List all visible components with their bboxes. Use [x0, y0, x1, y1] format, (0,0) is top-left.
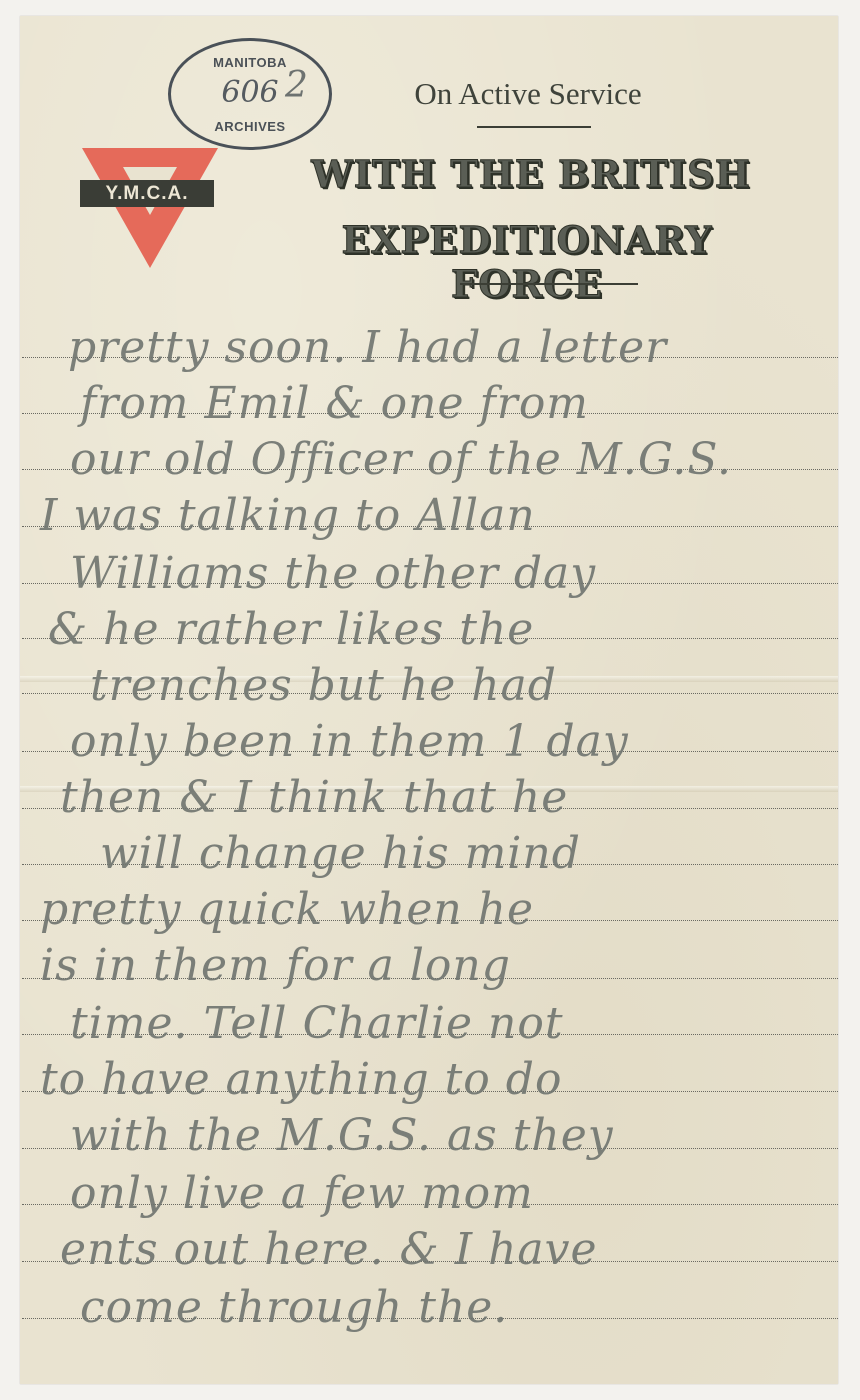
handwritten-line: trenches but he had — [90, 660, 860, 711]
handwritten-line: from Emil & one from — [80, 378, 860, 429]
letterhead-heading-2: EXPEDITIONARY FORCE — [262, 218, 792, 306]
ymca-logo-bar: Y.M.C.A. — [80, 180, 214, 207]
handwritten-line: I was talking to Allan — [40, 490, 858, 541]
stamp-pencil-mark: 2 — [285, 65, 308, 106]
handwritten-line: & he rather likes the — [48, 604, 860, 655]
letterhead-heading-1: WITH THE BRITISH — [306, 152, 756, 196]
handwritten-line: our old Officer of the M.G.S. — [70, 434, 860, 485]
handwritten-line: then & I think that he — [60, 772, 860, 823]
handwritten-line: pretty quick when he — [40, 884, 858, 935]
stamp-bottom-text: ARCHIVES — [171, 119, 329, 134]
divider — [460, 283, 638, 285]
handwritten-line: time. Tell Charlie not — [70, 998, 860, 1049]
on-active-service-title: On Active Service — [370, 76, 686, 112]
handwritten-line: come through the. — [80, 1282, 860, 1333]
handwritten-line: Williams the other day — [70, 548, 860, 599]
handwritten-line: with the M.G.S. as they — [70, 1110, 860, 1161]
handwritten-line: to have anything to do — [40, 1054, 858, 1105]
handwritten-line: only been in them 1 day — [70, 716, 860, 767]
handwritten-line: is in them for a long — [40, 940, 858, 991]
handwritten-line: ents out here. & I have — [60, 1224, 860, 1275]
divider — [477, 126, 591, 128]
handwritten-line: only live a few mom — [70, 1168, 860, 1219]
handwritten-line: will change his mind — [100, 828, 860, 879]
handwritten-line: pretty soon. I had a letter — [68, 322, 860, 373]
